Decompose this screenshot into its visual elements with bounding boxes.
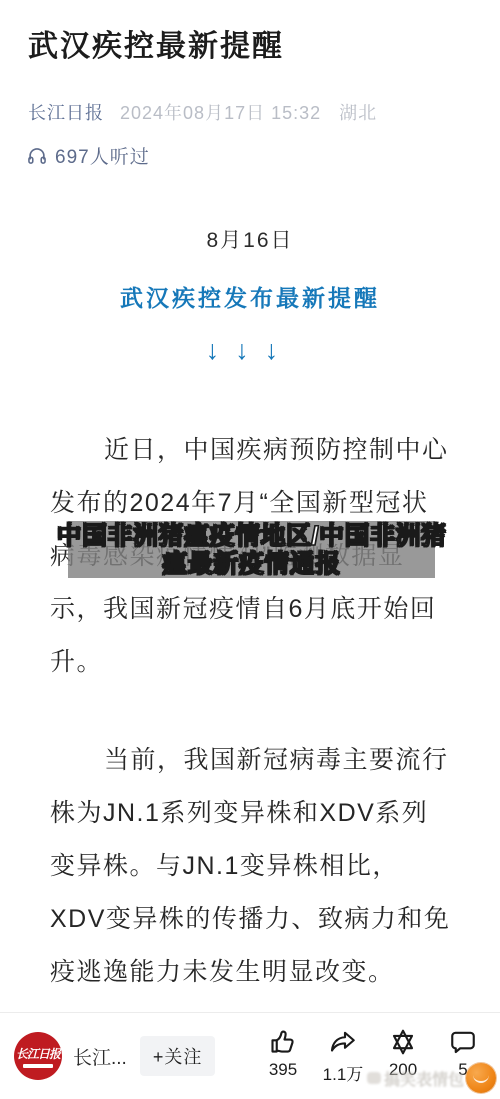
follow-button[interactable]: +关注 [140,1036,216,1076]
publisher-logo[interactable]: 长江日报 [14,1032,62,1080]
down-arrows-icon: ↓↓↓ [0,335,500,366]
publisher-logo-strip [23,1064,53,1068]
body-line: 升。 [50,636,452,689]
overlay-watermark-line2: 瘟最新疫情通报 [162,550,341,578]
share-count: 1.1万 [323,1060,364,1085]
body-line: XDV变异株的传播力、致病力和免 [50,893,452,946]
like-button[interactable]: 395 [260,1027,306,1080]
body-line: 当前，我国新冠病毒主要流行 [50,734,452,787]
comment-icon [448,1027,478,1057]
thumbs-up-icon [268,1027,298,1057]
share-button[interactable]: 1.1万 [320,1027,366,1085]
overlay-watermark-line1: 中国非洲猪瘟疫情地区/中国非洲猪 [57,522,447,550]
region-label: 湖北 [339,99,377,125]
watermark-glyph-icon [367,1072,381,1084]
body-line: 变异株。与JN.1变异株相比， [50,840,452,893]
article-meta: 长江日报 2024年08月17日 15:32 湖北 [28,99,478,125]
publish-date: 2024年08月17日 15:32 [120,99,321,125]
body-line: 示，我国新冠疫情自6月底开始回 [50,583,452,636]
corner-watermark: 搞笑表情包 [367,1063,496,1093]
body-line: 株为JN.1系列变异株和XDV系列 [50,787,452,840]
account-name[interactable]: 长江... [73,1043,127,1070]
overlay-watermark: 中国非洲猪瘟疫情地区/中国非洲猪 瘟最新疫情通报 [68,521,435,578]
page-title: 武汉疾控最新提醒 [28,26,472,68]
body-line: 疫逃逸能力未发生明显改变。 [50,946,452,999]
source-link[interactable]: 长江日报 [28,99,104,125]
corner-watermark-text: 搞笑表情包 [384,1067,464,1090]
publisher-logo-text: 长江日报 [16,1045,60,1062]
share-icon [328,1027,358,1057]
headphones-icon [26,145,48,167]
listen-row[interactable]: 697人听过 [26,142,150,169]
card-headline: 武汉疾控发布最新提醒 [0,280,500,313]
like-count: 395 [269,1060,297,1080]
listen-count: 697人听过 [55,142,150,169]
body-line: 近日，中国疾病预防控制中心 [50,424,452,477]
star-icon [388,1027,418,1057]
paragraph-2: 当前，我国新冠病毒主要流行 株为JN.1系列变异株和XDV系列 变异株。与JN.… [50,734,452,999]
article-body: 近日，中国疾病预防控制中心 发布的2024年7月“全国新型冠状 病毒感染疫情情况… [50,424,452,999]
article-intro: 8月16日 武汉疾控发布最新提醒 ↓↓↓ [0,224,500,366]
emoji-ball-icon [466,1063,496,1093]
card-date: 8月16日 [0,224,500,254]
